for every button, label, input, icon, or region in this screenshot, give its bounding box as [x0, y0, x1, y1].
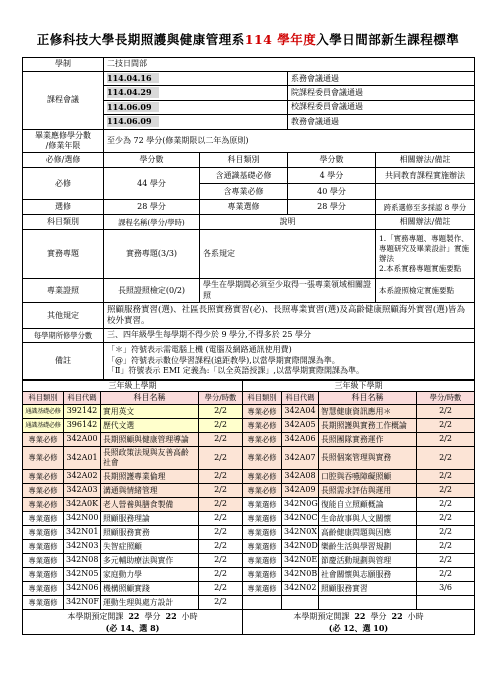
course-row: 專業必修342A0K老人營養與膳食製備2/2專業選修342N0G復能自立照顧概論…: [23, 498, 475, 512]
course-name: 運動生理與處方設計: [101, 596, 199, 610]
course-credits: 2/2: [199, 419, 243, 433]
license-note: 本系證照檢定實施要點: [376, 279, 475, 303]
graduation-label: 畢業應修學分數 /修業年限: [23, 129, 104, 153]
course-category: [243, 596, 282, 610]
course-name: 家庭動力學: [101, 568, 199, 582]
semester-left-footer: 本學期預定開課22學分22小時 (必 14、選 8): [23, 610, 243, 635]
remarks-row: 備註 「＊」符號表示需電腦上機 (電腦及網路通訊使用費) 「@」符號表示數位學習…: [23, 342, 475, 379]
required-sub1-note: 共同教育課程實施辦法: [376, 168, 475, 184]
course-name: 復能自立照顧概論: [319, 498, 417, 512]
meeting-approval: 校課程委員會議通過: [288, 100, 475, 114]
semester-right-footer: 本學期預定開課22學分22小時 (必 12、選 10): [243, 610, 475, 635]
course-code: [282, 596, 319, 610]
course-column-header: 學分/時數: [199, 392, 243, 405]
page-title: 正修科技大學長期照護與健康管理系114 學年度入學日間部新生課程標準: [22, 30, 474, 48]
credit-header-row: 必修/選修 學分數 科目類別 學分數 相關辦法/備註: [23, 153, 475, 168]
course-code: 342A08: [282, 470, 319, 484]
license-label: 專業證照: [23, 279, 104, 303]
course-row: 專業必修342A03溝通與情緒管理2/2專業必修342A09長照需求評估與運用2…: [23, 484, 475, 498]
course-row: 專業選修342N06機構照顧實踐2/2專業選修342N02照顧服務實習3/6: [23, 582, 475, 596]
meeting-date: 114.06.09: [107, 102, 159, 112]
course-credits: [417, 596, 475, 610]
course-code: 342A06: [282, 433, 319, 447]
course-credits: 2/2: [417, 405, 475, 419]
course-name: 機構照顧實踐: [101, 582, 199, 596]
course-credits: 2/2: [199, 484, 243, 498]
per-term-row: 每學期所修學分數 三、四年級學生每學期不得少於 9 學分,不得多於 25 學分: [23, 329, 475, 342]
course-code: 342A00: [64, 433, 101, 447]
other-rules-value: 照顧服務實習(選)、社區長照實務實習(必)、長照專業實習(選)及高齡健康照顧海外…: [104, 303, 475, 329]
course-name: 長照需求評估與運用: [319, 484, 417, 498]
remarks-label: 備註: [23, 342, 104, 379]
practicum-note: 1.「實務專題、專題製作、專題研究及畢業設計」實施辦法 2.本系實務專題實施要點: [376, 230, 475, 279]
semester-right-header: 三年級下學期: [243, 380, 475, 391]
course-code: 342N00: [64, 512, 101, 526]
elective-label: 選修: [23, 200, 104, 215]
course-code: 342N0D: [282, 540, 319, 554]
credit-header-cell: 學分數: [104, 153, 200, 168]
course-category: 專業選修: [23, 526, 64, 540]
per-term-label: 每學期所修學分數: [23, 329, 104, 342]
course-name: 口腔與吞嚥障礙照顧: [319, 470, 417, 484]
course-name: 多元輔助療法與實作: [101, 554, 199, 568]
course-credits: 2/2: [417, 554, 475, 568]
course-category: 專業必修: [243, 419, 282, 433]
course-code: 342A03: [64, 484, 101, 498]
course-credits: 2/2: [199, 582, 243, 596]
course-row: 專業選修342N01照顧服務實務2/2專業選修342N0X高齡健康問題與因應2/…: [23, 526, 475, 540]
course-category: 專業選修: [23, 540, 64, 554]
course-code: 342N0B: [282, 568, 319, 582]
course-row: 專業必修342A02長期照護專業倫理2/2專業必修342A08口腔與吞嚥障礙照顧…: [23, 470, 475, 484]
elective-row: 選修 28 學分 專業選修 28 學分 跨系選修至多採認 8 學分: [23, 200, 475, 215]
course-category: 專業必修: [23, 484, 64, 498]
course-credits: 2/2: [417, 526, 475, 540]
course-column-header: 學分/時數: [417, 392, 475, 405]
footer-breakdown: (必 12、選 10): [245, 623, 472, 633]
course-credits: 2/2: [417, 419, 475, 433]
course-credits: 2/2: [199, 568, 243, 582]
course-name: 長期照顧與健康管理導論: [101, 433, 199, 447]
course-code: 392142: [64, 405, 101, 419]
course-category: 通識基礎必修: [23, 405, 64, 419]
practicum-course: 實務專題(3/3): [104, 230, 200, 279]
course-column-header: 科目代碼: [282, 392, 319, 405]
course-category: 專業必修: [23, 470, 64, 484]
course-name: 長照個案管理與實務: [319, 447, 417, 470]
credit-header-cell: 必修/選修: [23, 153, 104, 168]
course-category: 專業必修: [23, 447, 64, 470]
meeting-date: 114.06.09: [107, 116, 159, 126]
course-credits: 2/2: [199, 596, 243, 610]
course-code: 342N03: [64, 540, 101, 554]
course-row: 專業選修342N00照顧服務理論2/2專業選修342N0C生命故事與人文關懷2/…: [23, 512, 475, 526]
course-category: 專業選修: [243, 568, 282, 582]
required-sub1-credits: 4 學分: [288, 168, 376, 184]
course-column-header: 科目名稱: [319, 392, 417, 405]
course-credits: 2/2: [417, 498, 475, 512]
required-row-1: 必修 44 學分 含通識基礎必修 4 學分 共同教育課程實施辦法: [23, 168, 475, 184]
course-name: 照顧服務實習: [319, 582, 417, 596]
meeting-date-cell: 114.04.16: [104, 72, 288, 86]
course-category: 專業選修: [243, 582, 282, 596]
course-code: 342N08: [64, 554, 101, 568]
course-code: 342N0C: [282, 512, 319, 526]
meetings-label: 課程會議: [23, 72, 104, 130]
info-table: 學制 二技日間部 課程會議 114.04.16 系務會議通過 114.04.29…: [22, 57, 475, 380]
course-column-header: 科目代碼: [64, 392, 101, 405]
meeting-approval: 教務會議通過: [288, 115, 475, 129]
per-term-value: 三、四年級學生每學期不得少於 9 學分,不得多於 25 學分: [104, 329, 475, 342]
course-credits: 2/2: [417, 433, 475, 447]
meeting-row: 課程會議 114.04.16 系務會議通過: [23, 72, 475, 86]
course-row: 專業必修342A01長照政策法規與友善高齡社會2/2專業必修342A07長照個案…: [23, 447, 475, 470]
course-credits: 2/2: [199, 554, 243, 568]
course-name: 智慧健康資訊應用＊: [319, 405, 417, 419]
course-row: 專業選修342N05家庭動力學2/2專業選修342N0B社會關懷與志願服務2/2: [23, 568, 475, 582]
course-credits: 2/2: [199, 526, 243, 540]
course-name: 照顧服務理論: [101, 512, 199, 526]
course-name: 照顧服務實務: [101, 526, 199, 540]
course-category: 專業必修: [243, 447, 282, 470]
elective-type: 專業選修: [200, 200, 288, 215]
footer-line-credits: 本學期預定開課22學分22小時: [245, 611, 472, 622]
meeting-date: 114.04.16: [107, 73, 159, 83]
title-suffix: 入學日間部新生課程標準: [316, 32, 459, 47]
course-credits: 2/2: [417, 447, 475, 470]
title-academic-year: 114 學年度: [245, 32, 316, 47]
course-credits: 2/2: [417, 568, 475, 582]
course-category: 通識基礎必修: [23, 419, 64, 433]
subject-header-cell: 說明: [200, 215, 376, 230]
course-category: 專業選修: [23, 582, 64, 596]
license-description: 學生在學期間必須至少取得一張專業領域相關證照: [200, 279, 376, 303]
course-category: 專業必修: [243, 433, 282, 447]
course-row: 通識基礎必修392142實用英文2/2專業必修342A04智慧健康資訊應用＊2/…: [23, 405, 475, 419]
course-credits: 2/2: [199, 447, 243, 470]
course-credits: 2/2: [199, 405, 243, 419]
course-code: 342N05: [64, 568, 101, 582]
course-category: 專業必修: [23, 433, 64, 447]
course-code: 342A07: [282, 447, 319, 470]
course-name: 長期照護與實務工作概論: [319, 419, 417, 433]
course-name: 老人營養與膳食製備: [101, 498, 199, 512]
subject-header-cell: 相關辦法/備註: [376, 215, 475, 230]
course-code: 342N06: [64, 582, 101, 596]
course-credits: 2/2: [417, 484, 475, 498]
course-table: 三年級上學期 三年級下學期 科目類別 科目代碼 科目名稱 學分/時數 科目類別 …: [22, 380, 475, 635]
credit-header-cell: 學分數: [288, 153, 376, 168]
course-name: 節慶活動規劃與管理: [319, 554, 417, 568]
subject-header-row: 科目類別 課程名稱(學分/學時) 說明 相關辦法/備註: [23, 215, 475, 230]
course-name: 長照政策法規與友善高齡社會: [101, 447, 199, 470]
practicum-description: 各系規定: [200, 230, 376, 279]
course-code: 342A04: [282, 405, 319, 419]
course-category: 專業選修: [243, 498, 282, 512]
semester-header-row: 三年級上學期 三年級下學期: [23, 380, 475, 391]
course-name: 樂齡生活與學習規劃: [319, 540, 417, 554]
title-prefix: 正修科技大學長期照護與健康管理系: [37, 32, 245, 47]
course-code: 342N0G: [282, 498, 319, 512]
course-name: 歷代文選: [101, 419, 199, 433]
footer-breakdown: (必 14、選 8): [25, 623, 240, 633]
course-credits: 2/2: [199, 470, 243, 484]
other-rules-row: 其他規定 照顧服務實習(選)、社區長照實務實習(必)、長照專業實習(選)及高齡健…: [23, 303, 475, 329]
semester-left-header: 三年級上學期: [23, 380, 243, 391]
required-label: 必修: [23, 168, 104, 200]
required-credits: 44 學分: [104, 168, 200, 200]
course-name: 社會關懷與志願服務: [319, 568, 417, 582]
practicum-label: 實務專題: [23, 230, 104, 279]
course-column-header: 科目類別: [243, 392, 282, 405]
meeting-approval: 院課程委員會議通過: [288, 86, 475, 100]
elective-credits: 28 學分: [104, 200, 200, 215]
course-credits: 2/2: [417, 540, 475, 554]
elective-sub-credits: 28 學分: [288, 200, 376, 215]
course-category: 專業選修: [23, 596, 64, 610]
course-name: 長照團隊實務運作: [319, 433, 417, 447]
required-sub2-credits: 40 學分: [288, 184, 376, 200]
course-table-body: 通識基礎必修392142實用英文2/2專業必修342A04智慧健康資訊應用＊2/…: [23, 405, 475, 610]
required-sub2-note: [376, 184, 475, 200]
remarks-value: 「＊」符號表示需電腦上機 (電腦及網路通訊使用費) 「@」符號表示數位學習課程(…: [104, 342, 475, 379]
course-name: 長期照護專業倫理: [101, 470, 199, 484]
course-name: 失智症照顧: [101, 540, 199, 554]
subject-header-cell: 課程名稱(學分/學時): [104, 215, 200, 230]
course-category: 專業選修: [23, 512, 64, 526]
meeting-date-cell: 114.06.09: [104, 100, 288, 114]
elective-note: 跨系選修至多採認 8 學分: [376, 200, 475, 215]
course-category: 專業選修: [243, 554, 282, 568]
graduation-row: 畢業應修學分數 /修業年限 至少為 72 學分(修業期限以二年為原則): [23, 129, 475, 153]
meeting-date: 114.04.29: [107, 87, 159, 97]
school-system-label: 學制: [23, 58, 104, 72]
course-code: 342N02: [282, 582, 319, 596]
school-system-row: 學制 二技日間部: [23, 58, 475, 72]
course-name: [319, 596, 417, 610]
other-rules-label: 其他規定: [23, 303, 104, 329]
practicum-row: 實務專題 實務專題(3/3) 各系規定 1.「實務專題、專題製作、專題研究及畢業…: [23, 230, 475, 279]
document-page: 正修科技大學長期照護與健康管理系114 學年度入學日間部新生課程標準 學制 二技…: [0, 0, 495, 635]
course-category: 專業選修: [243, 512, 282, 526]
course-row: 專業選修342N08多元輔助療法與實作2/2專業選修342N0E節慶活動規劃與管…: [23, 554, 475, 568]
course-code: 342N0X: [282, 526, 319, 540]
required-sub1-type: 含通識基礎必修: [200, 168, 288, 184]
course-name: 高齡健康問題與因應: [319, 526, 417, 540]
school-system-value: 二技日間部: [104, 58, 475, 72]
course-name: 溝通與情緒管理: [101, 484, 199, 498]
subject-header-cell: 科目類別: [23, 215, 104, 230]
course-code: 342N01: [64, 526, 101, 540]
course-category: 專業選修: [23, 554, 64, 568]
course-row: 通識基礎必修396142歷代文選2/2專業必修342A05長期照護與實務工作概論…: [23, 419, 475, 433]
course-column-header: 科目名稱: [101, 392, 199, 405]
course-credits: 2/2: [199, 433, 243, 447]
footer-line-credits: 本學期預定開課22學分22小時: [25, 611, 240, 622]
course-code: 342A01: [64, 447, 101, 470]
course-code: 342A0K: [64, 498, 101, 512]
license-row: 專業證照 長照證照檢定(0/2) 學生在學期間必須至少取得一張專業領域相關證照 …: [23, 279, 475, 303]
course-row: 專業必修342A00長期照顧與健康管理導論2/2專業必修342A06長照團隊實務…: [23, 433, 475, 447]
course-category: 專業選修: [243, 526, 282, 540]
course-category: 專業必修: [243, 470, 282, 484]
course-credits: 2/2: [417, 470, 475, 484]
course-code: 342A02: [64, 470, 101, 484]
course-credits: 2/2: [199, 498, 243, 512]
license-course: 長照證照檢定(0/2): [104, 279, 200, 303]
course-code: 342A09: [282, 484, 319, 498]
meeting-date-cell: 114.06.09: [104, 115, 288, 129]
course-credits: 2/2: [417, 512, 475, 526]
course-category: 專業必修: [243, 405, 282, 419]
credit-header-cell: 相關辦法/備註: [376, 153, 475, 168]
course-row: 專業選修342N0F運動生理與處方設計2/2: [23, 596, 475, 610]
meeting-approval: 系務會議通過: [288, 72, 475, 86]
course-credits: 3/6: [417, 582, 475, 596]
course-code: 396142: [64, 419, 101, 433]
course-footer-row: 本學期預定開課22學分22小時 (必 14、選 8) 本學期預定開課22學分22…: [23, 610, 475, 635]
course-category: 專業選修: [23, 568, 64, 582]
meeting-date-cell: 114.04.29: [104, 86, 288, 100]
credit-header-cell: 科目類別: [200, 153, 288, 168]
course-credits: 2/2: [199, 512, 243, 526]
course-category: 專業選修: [243, 540, 282, 554]
course-category: 專業必修: [23, 498, 64, 512]
required-sub2-type: 含專業必修: [200, 184, 288, 200]
course-code: 342N0E: [282, 554, 319, 568]
course-code: 342A05: [282, 419, 319, 433]
course-column-header-row: 科目類別 科目代碼 科目名稱 學分/時數 科目類別 科目代碼 科目名稱 學分/時…: [23, 392, 475, 405]
course-name: 生命故事與人文關懷: [319, 512, 417, 526]
course-credits: 2/2: [199, 540, 243, 554]
course-column-header: 科目類別: [23, 392, 64, 405]
course-row: 專業選修342N03失智症照顧2/2專業選修342N0D樂齡生活與學習規劃2/2: [23, 540, 475, 554]
graduation-value: 至少為 72 學分(修業期限以二年為原則): [104, 129, 475, 153]
course-code: 342N0F: [64, 596, 101, 610]
course-name: 實用英文: [101, 405, 199, 419]
course-category: 專業必修: [243, 484, 282, 498]
